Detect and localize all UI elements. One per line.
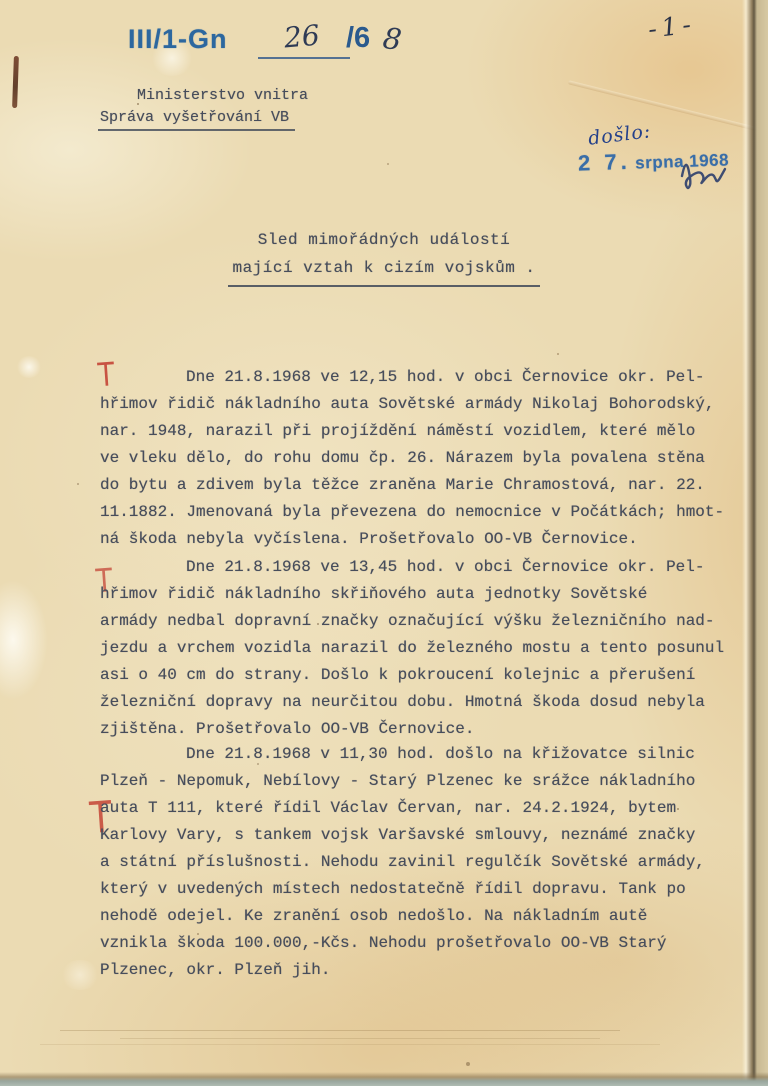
text-line: který v uvedených místech nedostatečně ř… (100, 876, 730, 903)
text-line: a státní příslušnosti. Nehodu zavinil re… (100, 849, 730, 876)
paper-damage-spot (0, 580, 48, 700)
text-line: železniční dopravy na neurčitou dobu. Hm… (100, 689, 730, 716)
text-line: nehodě odejel. Ke zranění osob nedošlo. … (100, 903, 730, 930)
handwritten-file-number: 26 (283, 19, 321, 55)
text-line: Plzenec, okr. Plzeň jih. (100, 957, 730, 984)
handwritten-received-note: došlo: (587, 120, 652, 150)
handwritten-year-digit: 8 (381, 21, 403, 57)
registry-stamp-underline (258, 57, 350, 59)
paper-damage-spot (16, 356, 42, 378)
text-line: ná škoda nebyla vyčíslena. Prošetřovalo … (100, 526, 730, 553)
text-line: do bytu a zdivem byla těžce zraněna Mari… (100, 472, 730, 499)
text-line: zjištěna. Prošetřovalo OO-VB Černovice. (100, 716, 730, 743)
letterhead-department: Správa vyšetřování VB (98, 109, 295, 131)
text-line: nar. 1948, narazil při projíždění náměst… (100, 418, 730, 445)
text-line: 11.1882. Jmenovaná byla převezena do nem… (100, 499, 730, 526)
document-title: Sled mimořádných událostí mající vztah k… (0, 226, 768, 287)
paper-crease (40, 1044, 660, 1045)
scanned-document-page: III/1-Gn 26 /6 8 -1- Ministerstvo vnitra… (0, 0, 768, 1086)
text-line: auta T 111, které řídil Václav Červan, n… (100, 795, 730, 822)
paper-crease (60, 1030, 620, 1031)
red-ink-margin-stroke (12, 56, 19, 108)
page-bottom-edge (0, 1072, 768, 1086)
letterhead-ministry: Ministerstvo vnitra (137, 84, 308, 108)
registry-stamp: III/1-Gn (128, 24, 228, 55)
text-line: jezdu a vrchem vozidla narazil do železn… (100, 635, 730, 662)
text-line: Dne 21.8.1968 ve 12,15 hod. v obci Černo… (100, 364, 730, 391)
paragraph-incident-1: Dne 21.8.1968 ve 12,15 hod. v obci Černo… (100, 364, 730, 553)
stamped-year-slash: /6 (346, 22, 370, 55)
text-line: Karlovy Vary, s tankem vojsk Varšavské s… (100, 822, 730, 849)
text-line: asi o 40 cm do strany. Došlo k pokroucen… (100, 662, 730, 689)
title-line-1: Sled mimořádných událostí (0, 226, 768, 254)
title-line-2: mající vztah k cizím vojskům . (228, 254, 539, 287)
text-line: Plzeň - Nepomuk, Nebílovy - Starý Plzene… (100, 768, 730, 795)
received-day: 2 7. (578, 149, 632, 176)
paper-crease (120, 1038, 600, 1039)
paragraph-incident-3: Dne 21.8.1968 v 11,30 hod. došlo na křiž… (100, 741, 730, 984)
text-line: ve vleku dělo, do rohu domu čp. 26. Nára… (100, 445, 730, 472)
text-line: hřimov řidič nákladního auta Sovětské ar… (100, 391, 730, 418)
text-line: Dne 21.8.1968 ve 13,45 hod. v obci Černo… (100, 554, 730, 581)
text-line: hřimov řidič nákladního skřiňového auta … (100, 581, 730, 608)
paper-damage-spot (60, 960, 100, 990)
text-line: armády nedbal dopravní značky označující… (100, 608, 730, 635)
page-right-edge (742, 0, 768, 1086)
signature-flourish-icon (676, 142, 746, 195)
paragraph-incident-2: Dne 21.8.1968 ve 13,45 hod. v obci Černo… (100, 554, 730, 743)
text-line: vznikla škoda 100.000,-Kčs. Nehodu proše… (100, 930, 730, 957)
handwritten-page-number: -1- (646, 9, 697, 44)
text-line: Dne 21.8.1968 v 11,30 hod. došlo na křiž… (100, 741, 730, 768)
